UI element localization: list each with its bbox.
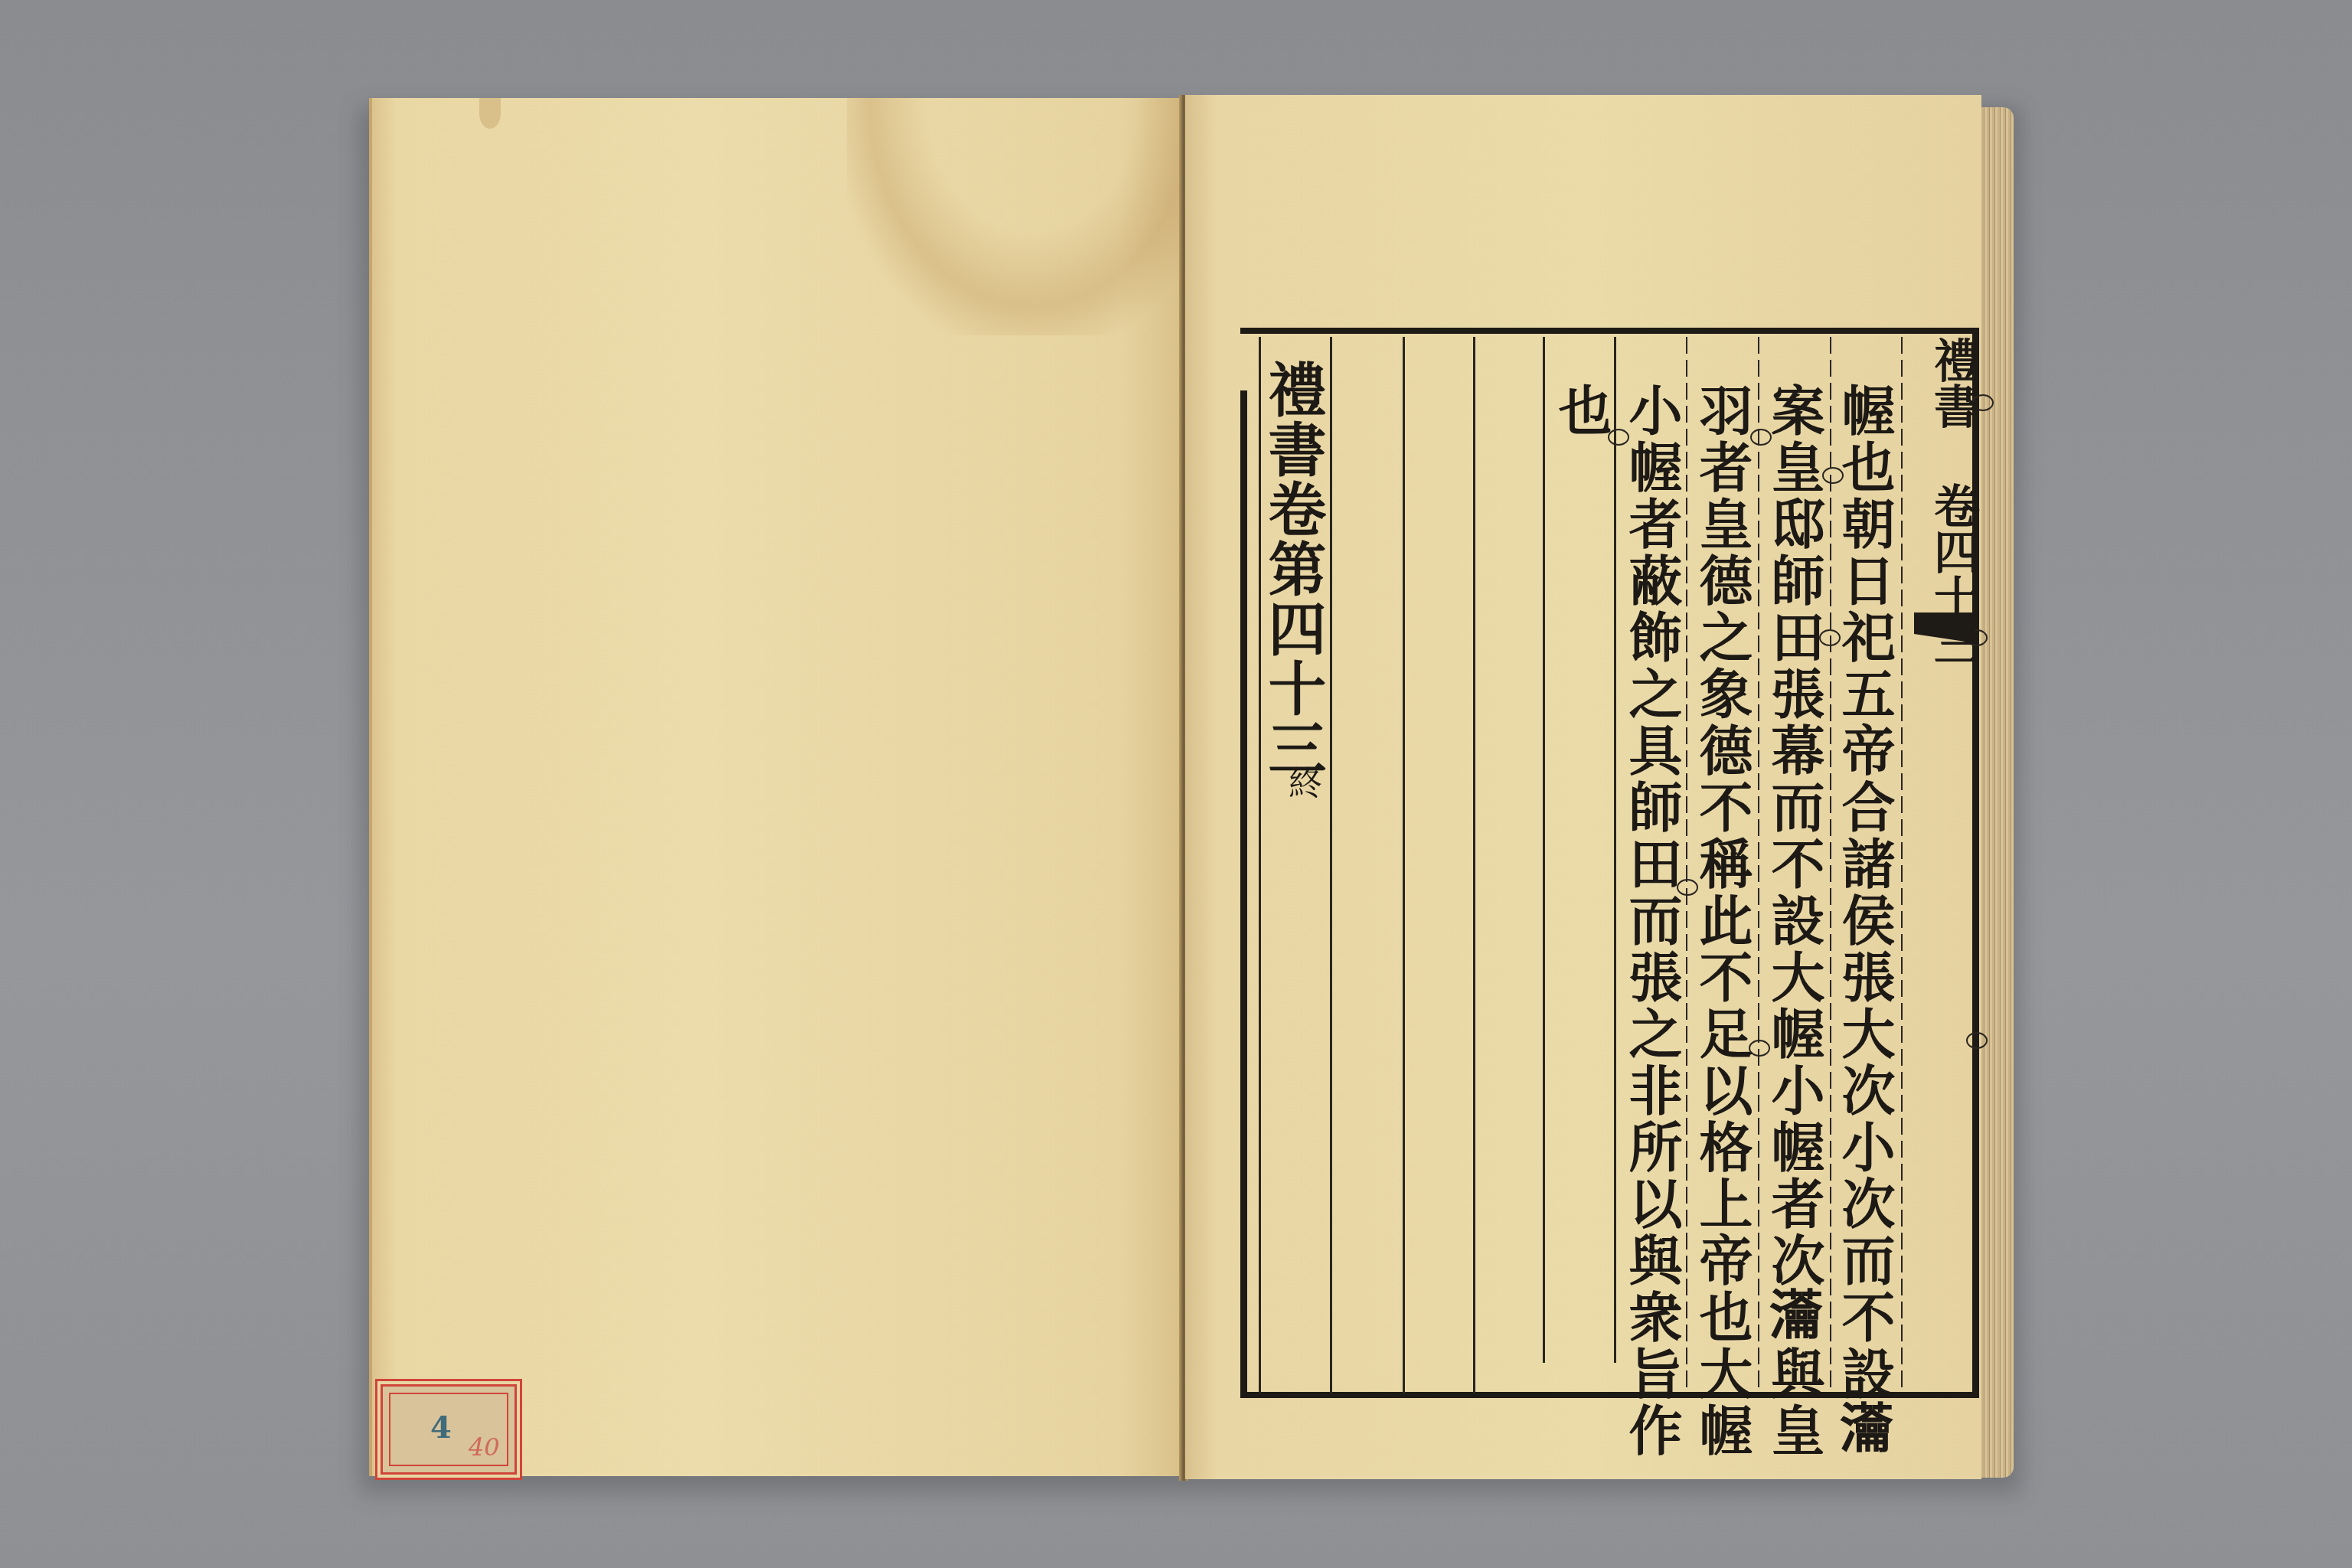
label-number: 4	[430, 1410, 452, 1445]
column-divider-dashed	[1686, 337, 1687, 1393]
column-divider	[1403, 337, 1405, 1393]
text-column-1: 幄也朝日祀五帝合諸侯張大次小次而不設𤅢	[1837, 383, 1891, 1459]
page-edges	[1981, 107, 2014, 1478]
column-divider-dashed	[1758, 337, 1759, 1393]
punctuation-circle	[1749, 1040, 1770, 1057]
text-column-3: 羽者皇德之象德不稱此不足以格上帝也大幄	[1695, 383, 1749, 1459]
library-label: 4 40	[381, 1384, 517, 1475]
punctuation-circle	[1819, 629, 1841, 646]
text-column-5: 也	[1554, 383, 1608, 439]
punctuation-circle	[1677, 879, 1698, 896]
text-column-4: 小幄者蔽飾之具師田而張之非所以與衆旨作	[1625, 383, 1678, 1459]
punctuation-circle	[1608, 429, 1629, 446]
frame-left-thick-border	[1240, 390, 1247, 1398]
water-stain	[847, 98, 1184, 335]
frame-top-border	[1240, 328, 1975, 334]
punctuation-circle	[1750, 429, 1772, 446]
colophon-title: 禮書卷第四十三	[1263, 360, 1321, 778]
column-divider	[1543, 337, 1545, 1363]
punctuation-circle	[1966, 1032, 1988, 1049]
column-divider	[1473, 337, 1475, 1393]
end-mark: 終	[1285, 766, 1318, 802]
label-code: 40	[469, 1432, 500, 1462]
column-divider	[1614, 337, 1616, 1363]
column-divider-dashed	[1830, 337, 1831, 1393]
column-divider-dashed	[1901, 337, 1903, 1393]
punctuation-circle	[1822, 467, 1844, 484]
column-divider	[1330, 337, 1332, 1393]
water-stain-small	[479, 98, 501, 129]
text-column-2: 案皇邸師田張幕而不設大幄小幄者次𤅢與皇	[1767, 383, 1821, 1459]
left-page	[369, 98, 1185, 1476]
